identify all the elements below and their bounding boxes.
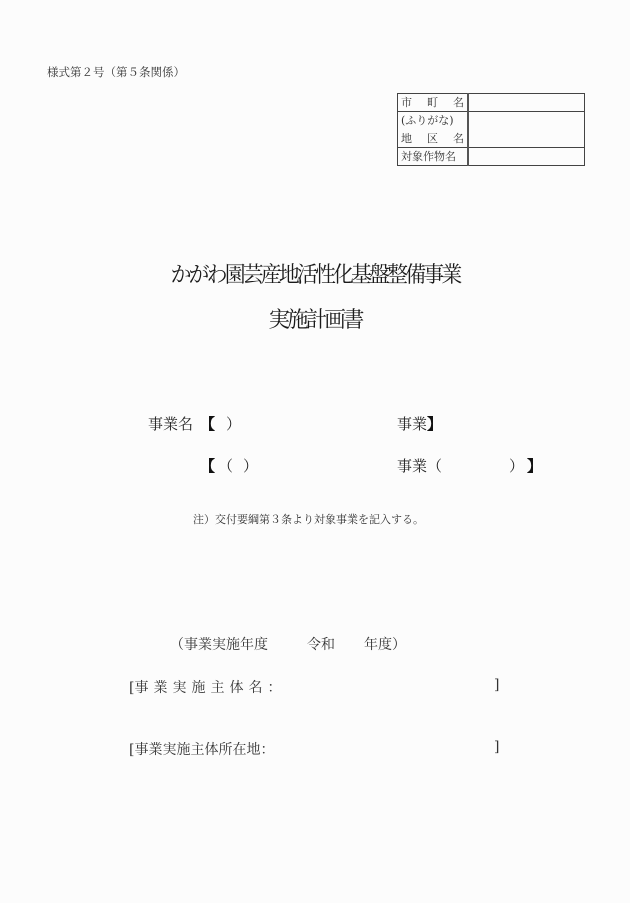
label-district: (ふりがな) 地 区 名 [398,112,469,148]
row2-paren-open: （ [218,455,233,476]
fiscal-year-suffix: 年度） [364,634,406,654]
note-text: 注）交付要綱第３条より対象事業を記入する。 [193,511,424,527]
row1-open-bracket: 【 [200,413,215,434]
table-row-crop: 対象作物名 [398,148,585,166]
label-municipality: 市 町 名 [398,94,469,112]
field-district[interactable] [468,112,585,148]
row1-paren-close: ） [226,413,241,434]
field-municipality[interactable] [468,94,585,112]
row2-project-suffix: 事業（ [397,455,442,476]
entity-address-label: [事業実施主体所在地： [129,739,274,759]
form-number: 様式第２号（第５条関係） [47,64,185,80]
row2-paren-close: ） [243,455,258,476]
row2-close-bracket: 】 [527,455,542,476]
entity-name-label: [事業実施主体名： [129,677,286,697]
table-row-district: (ふりがな) 地 区 名 [398,112,585,148]
label-target-crop: 対象作物名 [398,148,469,166]
document-subtitle: 実施計画書 [6,303,623,334]
fiscal-year-era: 令和 [307,634,335,654]
fiscal-year-label: （事業実施年度 [170,634,268,654]
project-name-label: 事業名 [148,413,193,434]
document-title: かがわ園芸産地活性化基盤整備事業 [16,258,615,289]
row2-suffix-close: ） [509,455,524,476]
field-target-crop[interactable] [468,148,585,166]
label-furigana: (ふりがな) [401,112,464,130]
row1-project-suffix: 事業】 [397,413,442,434]
row2-open-bracket: 【 [200,455,215,476]
info-table: 市 町 名 (ふりがな) 地 区 名 対象作物名 [397,93,585,166]
table-row-municipality: 市 町 名 [398,94,585,112]
entity-address-close-bracket: ] [494,739,499,755]
entity-name-close-bracket: ] [494,677,499,693]
